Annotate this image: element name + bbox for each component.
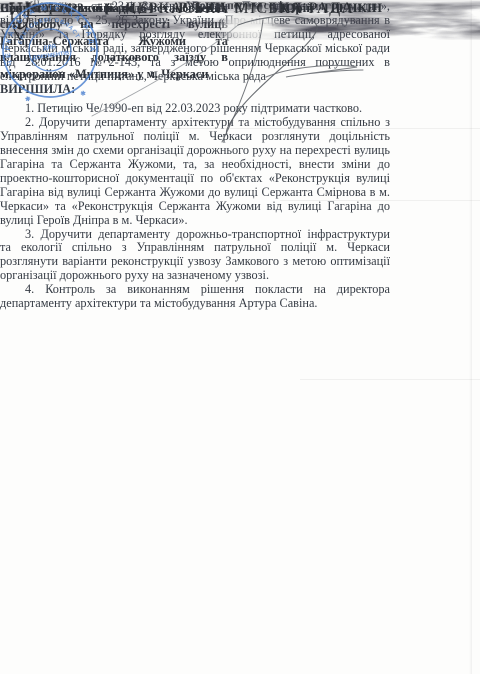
resolution-item-3: 3. Доручити департаменту дорожньо-трансп… — [0, 228, 390, 284]
scan-artifact-line — [300, 379, 480, 380]
scanned-document-page: ЧЕРКАСЬКА МІСЬКА РАДА Сорок перша сесія … — [0, 0, 480, 674]
resolution-item-4: 4. Контроль за виконанням рішення поклас… — [0, 283, 390, 311]
handwritten-signature — [0, 0, 480, 154]
